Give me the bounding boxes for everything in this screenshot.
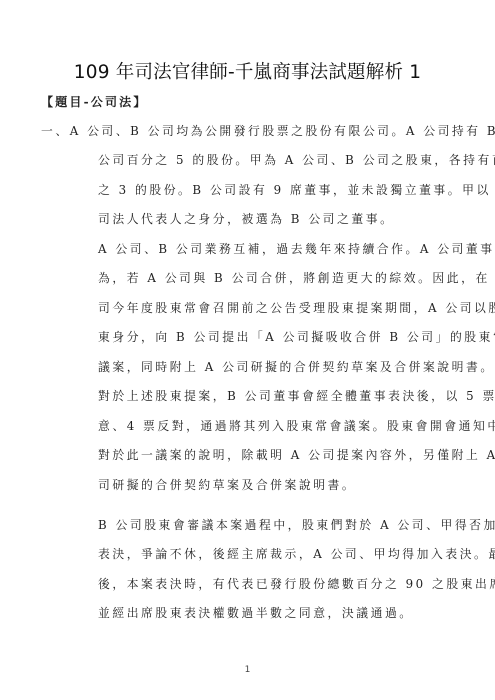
document-page: 109 年司法官律師-千嵐商事法試題解析 1 【題目-公司法】 一、A 公司、B… xyxy=(0,0,495,700)
question-line: 對於上述股東提案，B 公司董事會經全體董事表決後，以 5 票同 xyxy=(98,387,495,405)
section-label: 【題目-公司法】 xyxy=(41,93,148,111)
question-line: 司研擬的合併契約草案及合併案說明書。 xyxy=(98,476,356,494)
question-line: 司法人代表人之身分，被選為 B 公司之董事。 xyxy=(98,210,394,228)
document-title: 109 年司法官律師-千嵐商事法試題解析 1 xyxy=(0,61,495,85)
question-line: 意、4 票反對，通過將其列入股東常會議案。股東會開會通知中， xyxy=(98,417,495,435)
question-line: 表決，爭論不休，後經主席裁示，A 公司、甲均得加入表決。最 xyxy=(98,545,495,563)
question-line: A 公司、B 公司業務互補，過去幾年來持續合作。A 公司董事會認 xyxy=(98,240,495,258)
question-line: 為，若 A 公司與 B 公司合併，將創造更大的綜效。因此，在 B 公 xyxy=(98,269,495,287)
question-line: 之 3 的股份。B 公司設有 9 席董事，並未設獨立董事。甲以 A 公 xyxy=(98,181,495,199)
question-line: 東身分，向 B 公司提出「A 公司擬吸收合併 B 公司」的股東常會 xyxy=(98,328,495,346)
question-line: 並經出席股東表決權數過半數之同意，決議通過。 xyxy=(98,604,414,622)
page-number: 1 xyxy=(0,664,495,676)
question-line: 對於此一議案的說明，除載明 A 公司提案內容外，另僅附上 A 公 xyxy=(98,446,495,464)
question-line: 後，本案表決時，有代表已發行股份總數百分之 90 之股東出席， xyxy=(98,575,495,593)
question-line: 一、A 公司、B 公司均為公開發行股票之股份有限公司。A 公司持有 B xyxy=(41,122,495,140)
question-line: 議案，同時附上 A 公司研擬的合併契約草案及合併案說明書。 xyxy=(98,358,495,376)
question-line: 司今年度股東常會召開前之公告受理股東提案期間，A 公司以股 xyxy=(98,299,495,317)
question-line: B 公司股東會審議本案過程中，股東們對於 A 公司、甲得否加入 xyxy=(98,516,495,534)
question-line: 公司百分之 5 的股份。甲為 A 公司、B 公司之股東，各持有百分 xyxy=(98,151,495,169)
